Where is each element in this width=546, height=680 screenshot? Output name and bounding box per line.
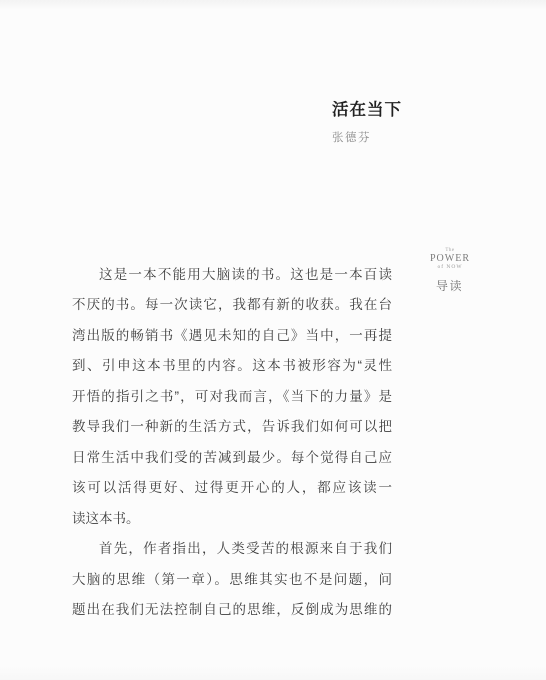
text-line: 该可以活得更好、过得更开心的人，都应该读一 xyxy=(72,473,392,503)
text-line: 日常生活中我们受的苦减到最少。每个觉得自己应 xyxy=(72,443,392,473)
logo-power-text: POWER xyxy=(426,254,474,264)
text-line: 教导我们一种新的生活方式，告诉我们如何可以把 xyxy=(72,412,392,442)
section-label: 导读 xyxy=(426,277,474,294)
logo-ofnow-text: of NOW xyxy=(426,265,474,271)
text-line: 首先，作者指出，人类受苦的根源来自于我们 xyxy=(72,534,392,564)
chapter-author: 张德芬 xyxy=(332,131,371,146)
text-line: 不厌的书。每一次读它，我都有新的收获。我在台 xyxy=(72,290,392,320)
power-of-now-logo: The POWER of NOW xyxy=(426,248,474,271)
chapter-title: 活在当下 xyxy=(332,100,402,120)
text-line: 读这本书。 xyxy=(72,504,392,534)
text-line: 题出在我们无法控制自己的思维，反倒成为思维的 xyxy=(72,595,392,625)
text-line: 大脑的思维（第一章）。思维其实也不是问题，问 xyxy=(72,565,392,595)
text-line: 这是一本不能用大脑读的书。这也是一本百读 xyxy=(72,260,392,290)
text-line: 开悟的指引之书”，可对我而言，《当下的力量》是 xyxy=(72,382,392,412)
ebook-page[interactable]: 活在当下 张德芬 The POWER of NOW 导读 这是一本不能用大脑读的… xyxy=(0,0,546,680)
text-line: 湾出版的畅销书《遇见未知的自己》当中，一再提 xyxy=(72,321,392,351)
text-line: 到、引申这本书里的内容。这本书被形容为“灵性 xyxy=(72,351,392,381)
paragraphs: 这是一本不能用大脑读的书。这也是一本百读不厌的书。每一次读它，我都有新的收获。我… xyxy=(72,260,392,625)
margin-note: The POWER of NOW 导读 xyxy=(426,248,474,294)
